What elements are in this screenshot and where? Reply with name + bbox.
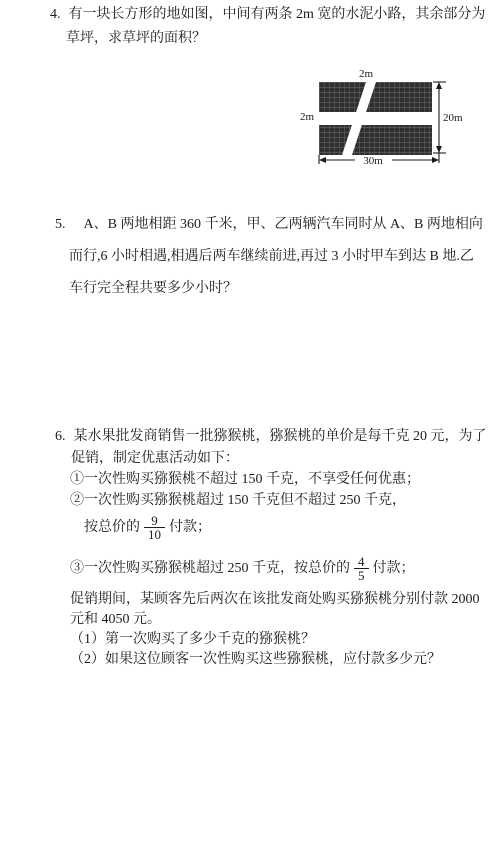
problem4-line1: 4.有一块长方形的地如图，中间有两条 2m 宽的水泥小路，其余部分为 <box>50 4 485 26</box>
diagram-label-width: 30m <box>363 155 383 167</box>
problem6-item3-suffix: 付款； <box>373 561 415 576</box>
diagram-label-path-top: 2m <box>359 68 374 80</box>
problem6-item2: ②一次性购买猕猴桃超过 150 千克但不超过 250 千克， <box>70 490 406 512</box>
problem5-line1-text: A、B 两地相距 360 千米，甲、乙两辆汽车同时从 A、B 两地相向 <box>84 217 483 232</box>
problem6-question1: （1）第一次购买了多少千克的猕猴桃？ <box>70 629 315 651</box>
diagram-label-path-left: 2m <box>300 111 315 123</box>
grass-patch-top-right <box>366 82 432 112</box>
fraction-nine-tenths: 910 <box>144 514 165 542</box>
problem6-line1-text: 某水果批发商销售一批猕猴桃，猕猴桃的单价是每千克 20 元，为了 <box>74 429 487 444</box>
arrowhead-up-icon <box>436 82 442 89</box>
problem4-line1-text: 有一块长方形的地如图，中间有两条 2m 宽的水泥小路，其余部分为 <box>69 7 486 22</box>
fraction-four-fifths: 45 <box>354 555 369 583</box>
problem6-question2-text: （2）如果这位顾客一次性购买这些猕猴桃，应付款多少元？ <box>70 652 441 667</box>
problem6-line4: 元和 4050 元。 <box>70 609 161 631</box>
problem5-line1: 5.A、B 两地相距 360 千米，甲、乙两辆汽车同时从 A、B 两地相向 <box>55 214 483 236</box>
problem6-item3: ③一次性购买猕猴桃超过 250 千克，按总价的45付款； <box>70 553 415 585</box>
problem6-item3-prefix: ③一次性购买猕猴桃超过 250 千克，按总价的 <box>70 561 350 576</box>
fraction-numerator: 4 <box>354 555 369 570</box>
problem6-line4-text: 元和 4050 元。 <box>70 612 161 627</box>
problem5-line3-text: 车行完全程共要多少小时？ <box>69 281 237 296</box>
fraction-numerator: 9 <box>144 514 165 529</box>
grass-patch-top-left <box>319 82 366 112</box>
worksheet-page: 4.有一块长方形的地如图，中间有两条 2m 宽的水泥小路，其余部分为 草坪，求草… <box>0 0 504 857</box>
lawn-paths-diagram: 2m 2m 20m 30m <box>292 60 504 172</box>
problem6-number: 6. <box>55 426 66 448</box>
problem6-item2-text: ②一次性购买猕猴桃超过 150 千克但不超过 250 千克， <box>70 493 406 508</box>
grass-patch-bottom-left <box>319 125 352 155</box>
arrowhead-down-icon <box>436 146 442 153</box>
problem6-item1: ①一次性购买猕猴桃不超过 150 千克，不享受任何优惠； <box>70 469 420 491</box>
problem6-line2-text: 促销，制定优惠活动如下： <box>71 451 239 466</box>
arrowhead-left-icon <box>319 157 326 163</box>
problem6-line1: 6.某水果批发商销售一批猕猴桃，猕猴桃的单价是每千克 20 元，为了 <box>55 426 487 448</box>
fraction-denominator: 10 <box>144 528 165 542</box>
fraction-denominator: 5 <box>354 569 369 583</box>
problem5-line2: 而行,6 小时相遇,相遇后两车继续前进,再过 3 小时甲车到达 B 地.乙 <box>69 246 474 268</box>
problem6-item1-text: ①一次性购买猕猴桃不超过 150 千克，不享受任何优惠； <box>70 472 420 487</box>
diagram-svg: 2m 2m 20m 30m <box>292 60 504 172</box>
diagram-label-height: 20m <box>443 112 463 124</box>
grass-patches <box>319 82 432 155</box>
problem5-line2-text: 而行,6 小时相遇,相遇后两车继续前进,再过 3 小时甲车到达 B 地.乙 <box>69 249 474 264</box>
problem6-question2: （2）如果这位顾客一次性购买这些猕猴桃，应付款多少元？ <box>70 649 441 671</box>
arrowhead-right-icon <box>432 157 439 163</box>
problem6-item2b-prefix: 按总价的 <box>84 520 140 535</box>
problem6-line3: 促销期间，某顾客先后两次在该批发商处购买猕猴桃分别付款 2000 <box>70 589 480 611</box>
grass-patch-bottom-right <box>352 125 432 155</box>
problem4-line2-text: 草坪，求草坪的面积？ <box>66 31 206 46</box>
problem6-item2-continued: 按总价的910付款； <box>84 512 211 544</box>
problem6-line3-text: 促销期间，某顾客先后两次在该批发商处购买猕猴桃分别付款 2000 <box>70 592 480 607</box>
problem6-line2: 促销，制定优惠活动如下： <box>71 448 239 470</box>
problem4-number: 4. <box>50 4 61 26</box>
problem5-line3: 车行完全程共要多少小时？ <box>69 278 237 300</box>
problem6-item2b-suffix: 付款； <box>169 520 211 535</box>
problem4-line2: 草坪，求草坪的面积？ <box>66 28 206 50</box>
problem6-question1-text: （1）第一次购买了多少千克的猕猴桃？ <box>70 632 315 647</box>
problem5-number: 5. <box>55 214 66 236</box>
